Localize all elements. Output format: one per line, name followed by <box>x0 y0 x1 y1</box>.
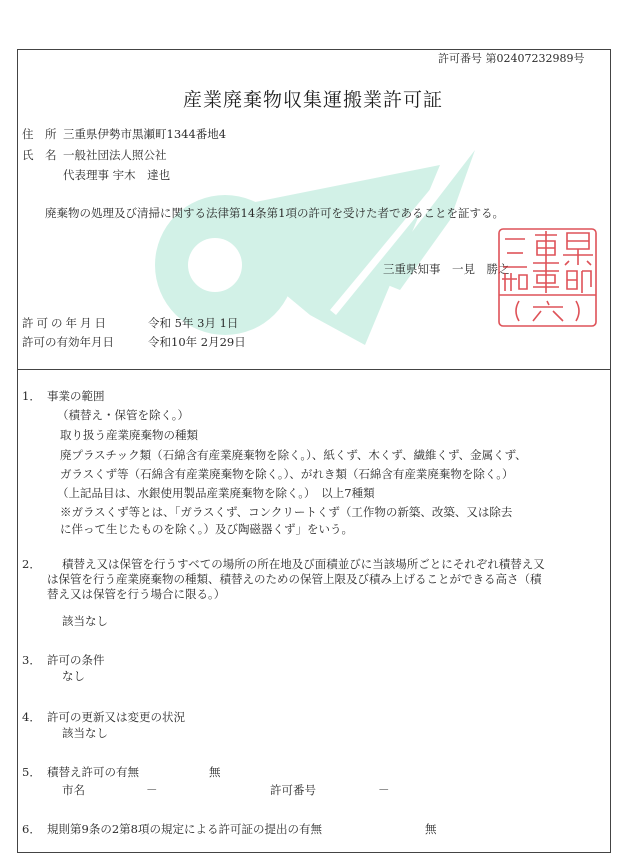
section-6-number: 6． <box>22 822 41 836</box>
address-value: 三重県伊勢市黒瀬町1344番地4 <box>63 127 226 141</box>
section-3-number: 3． <box>22 653 41 667</box>
representative: 代表理事 宇木 達也 <box>63 168 170 182</box>
name-label: 氏 名 <box>22 148 57 162</box>
section-divider <box>17 369 611 370</box>
section-1-line: ガラスくず等（石綿含有産業廃棄物を除く。）、がれき類（石綿含有産業廃棄物を除く。… <box>60 467 513 481</box>
section-5-value: 無 <box>209 765 221 779</box>
section-2-value: 該当なし <box>62 614 108 628</box>
section-4-number: 4． <box>22 710 41 724</box>
issue-date-value: 令和 5年 3月 1日 <box>148 316 238 330</box>
permit-number: 許可番号 第02407232989号 <box>438 52 584 66</box>
section-5-city-label: 市名 <box>62 783 85 797</box>
section-6-value: 無 <box>425 822 437 836</box>
official-seal-icon <box>497 227 598 328</box>
address-label: 住 所 <box>22 127 57 141</box>
section-5-permit-label: 許可番号 <box>270 783 316 797</box>
section-5-number: 5． <box>22 765 41 779</box>
expiry-date-value: 令和10年 2月29日 <box>148 335 246 349</box>
section-3-heading: 許可の条件 <box>47 653 105 667</box>
section-1-heading: 事業の範囲 <box>47 389 105 403</box>
section-6-heading: 規則第9条の2第8項の規定による許可証の提出の有無 <box>47 822 322 836</box>
issuer-name: 三重県知事 一見 勝之 <box>383 262 510 276</box>
section-1-line: 取り扱う産業廃棄物の種類 <box>60 428 198 442</box>
section-2-number: 2． <box>22 557 41 571</box>
section-1-number: 1． <box>22 389 41 403</box>
issue-date-label: 許可の年月日 <box>22 316 109 330</box>
section-1-line: ※ガラスくず等とは、「ガラスくず、コンクリートくず（工作物の新築、改築、又は除去 <box>60 505 512 519</box>
section-1-line: に伴って生じたものを除く。）及び陶磁器くず」をいう。 <box>60 522 353 536</box>
expiry-date-label: 許可の有効年月日 <box>22 335 114 349</box>
section-1-line: （積替え・保管を除く。） <box>57 408 189 422</box>
section-5-permit-value: － <box>378 783 390 797</box>
section-5-heading: 積替え許可の有無 <box>47 765 139 779</box>
section-5-city-value: － <box>146 783 158 797</box>
section-4-value: 該当なし <box>62 726 108 740</box>
section-1-line: 廃プラスチック類（石綿含有産業廃棄物を除く。）、紙くず、木くず、繊維くず、金属く… <box>60 448 527 462</box>
page-title: 産業廃棄物収集運搬業許可証 <box>0 88 626 112</box>
section-2-line: 積替え又は保管を行うすべての場所の所在地及び面積並びに当該場所ごとにそれぞれ積替… <box>62 557 545 571</box>
section-2-line: 替え又は保管を行う場合に限る。） <box>47 587 225 601</box>
section-4-heading: 許可の更新又は変更の状況 <box>47 710 185 724</box>
section-3-value: なし <box>62 669 85 683</box>
section-2-line: は保管を行う産業廃棄物の種類、積替えのための保管上限及び積み上げることができる高… <box>47 572 542 586</box>
section-1-line: （上記品目は、水銀使用製品産業廃棄物を除く。） 以上7種類 <box>57 486 375 500</box>
name-value: 一般社団法人照公社 <box>63 148 167 162</box>
certification-text: 廃棄物の処理及び清掃に関する法律第14条第1項の許可を受けた者であることを証する… <box>45 206 504 220</box>
